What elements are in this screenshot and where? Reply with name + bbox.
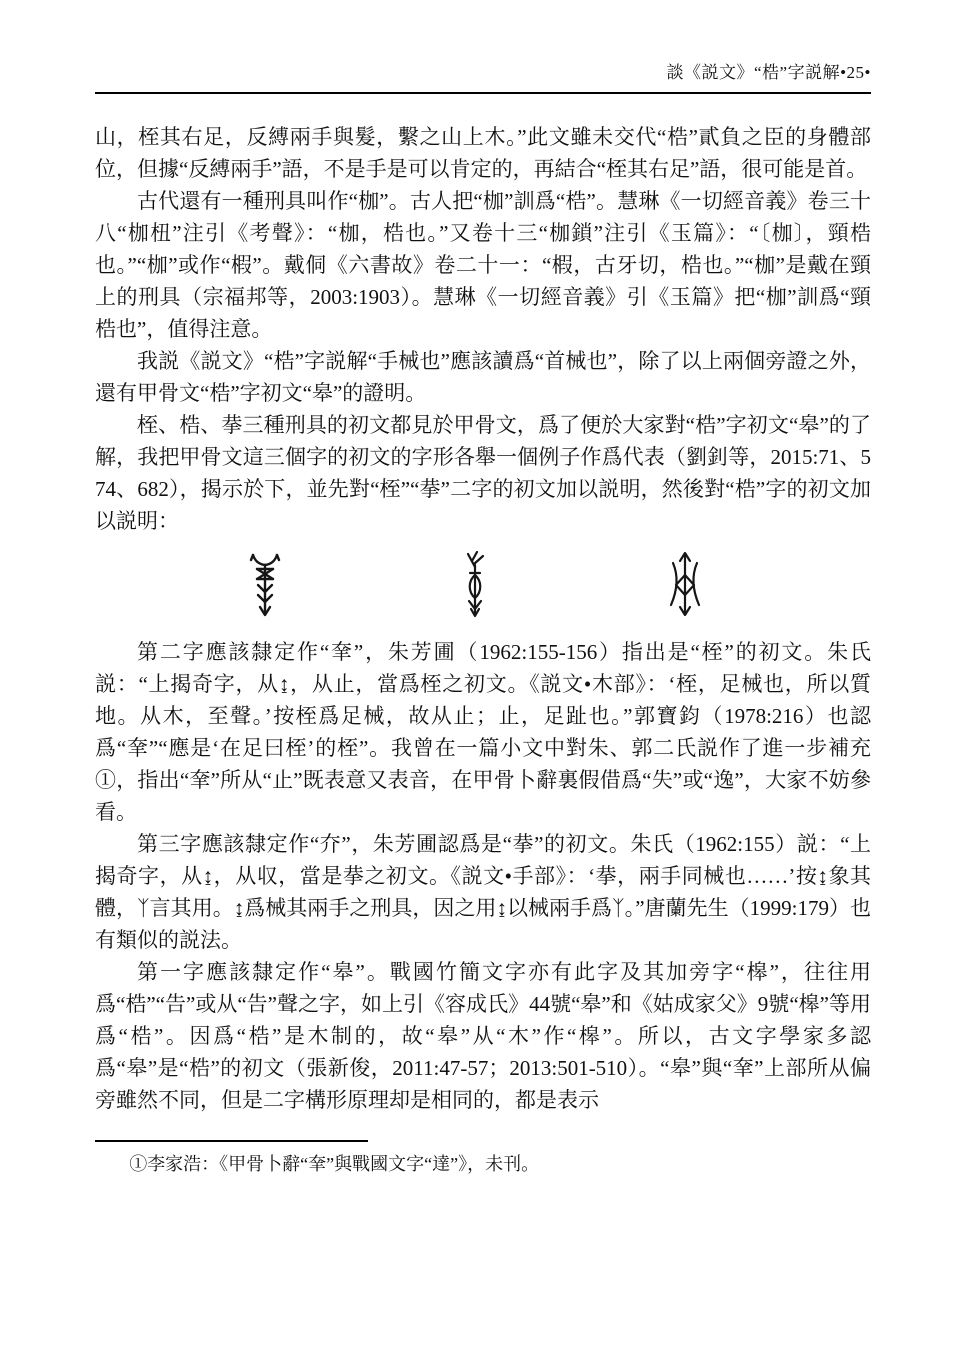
document-page: 談《説文》“梏”字説解•25• 山，桎其右足，反縛兩手與髮，繫之山上木。”此文雖…	[0, 0, 966, 1365]
paragraph-continuation: 山，桎其右足，反縛兩手與髮，繫之山上木。”此文雖未交代“梏”貳負之臣的身體部位，…	[95, 121, 871, 185]
oracle-bone-glyph-gong-initial-icon	[667, 551, 703, 621]
oracle-glyph-figure-row	[95, 550, 871, 622]
paragraph-first-glyph-gu: 第一字應該隸定作“皋”。戰國竹簡文字亦有此字及其加旁字“槔”，往往用爲“梏”“告…	[95, 956, 871, 1116]
oracle-bone-glyph-gu-initial-icon	[247, 552, 283, 620]
paragraph-jia-torture-device: 古代還有一種刑具叫作“枷”。古人把“枷”訓爲“梏”。慧琳《一切經音義》卷三十八“…	[95, 185, 871, 345]
running-title: 談《説文》“梏”字説解	[667, 63, 841, 82]
paragraph-reading-shouxie: 我説《説文》“梏”字説解“手械也”應該讀爲“首械也”，除了以上兩個旁證之外，還有…	[95, 345, 871, 409]
header-divider	[95, 92, 871, 94]
oracle-bone-glyph-zhi-initial-icon	[462, 551, 488, 621]
paragraph-intro-three-glyphs: 桎、梏、拲三種刑具的初文都見於甲骨文，爲了便於大家對“梏”字初文“皋”的了解，我…	[95, 409, 871, 537]
footnote-divider	[95, 1140, 368, 1142]
paragraph-second-glyph-zhi: 第二字應該隸定作“羍”，朱芳圃（1962:155-156）指出是“桎”的初文。朱…	[95, 636, 871, 828]
page-number-marker: •25•	[840, 63, 871, 82]
paragraph-third-glyph-gong: 第三字應該隸定作“夰”，朱芳圃認爲是“拲”的初文。朱氏（1962:155）説：“…	[95, 828, 871, 956]
running-header: 談《説文》“梏”字説解•25•	[95, 58, 871, 92]
article-body: 山，桎其右足，反縛兩手與髮，繫之山上木。”此文雖未交代“梏”貳負之臣的身體部位，…	[95, 121, 871, 1116]
footnote-text: ①李家浩：《甲骨卜辭“羍”與戰國文字“達”》，未刊。	[95, 1152, 871, 1177]
footnote-area: ①李家浩：《甲骨卜辭“羍”與戰國文字“達”》，未刊。	[95, 1140, 871, 1177]
